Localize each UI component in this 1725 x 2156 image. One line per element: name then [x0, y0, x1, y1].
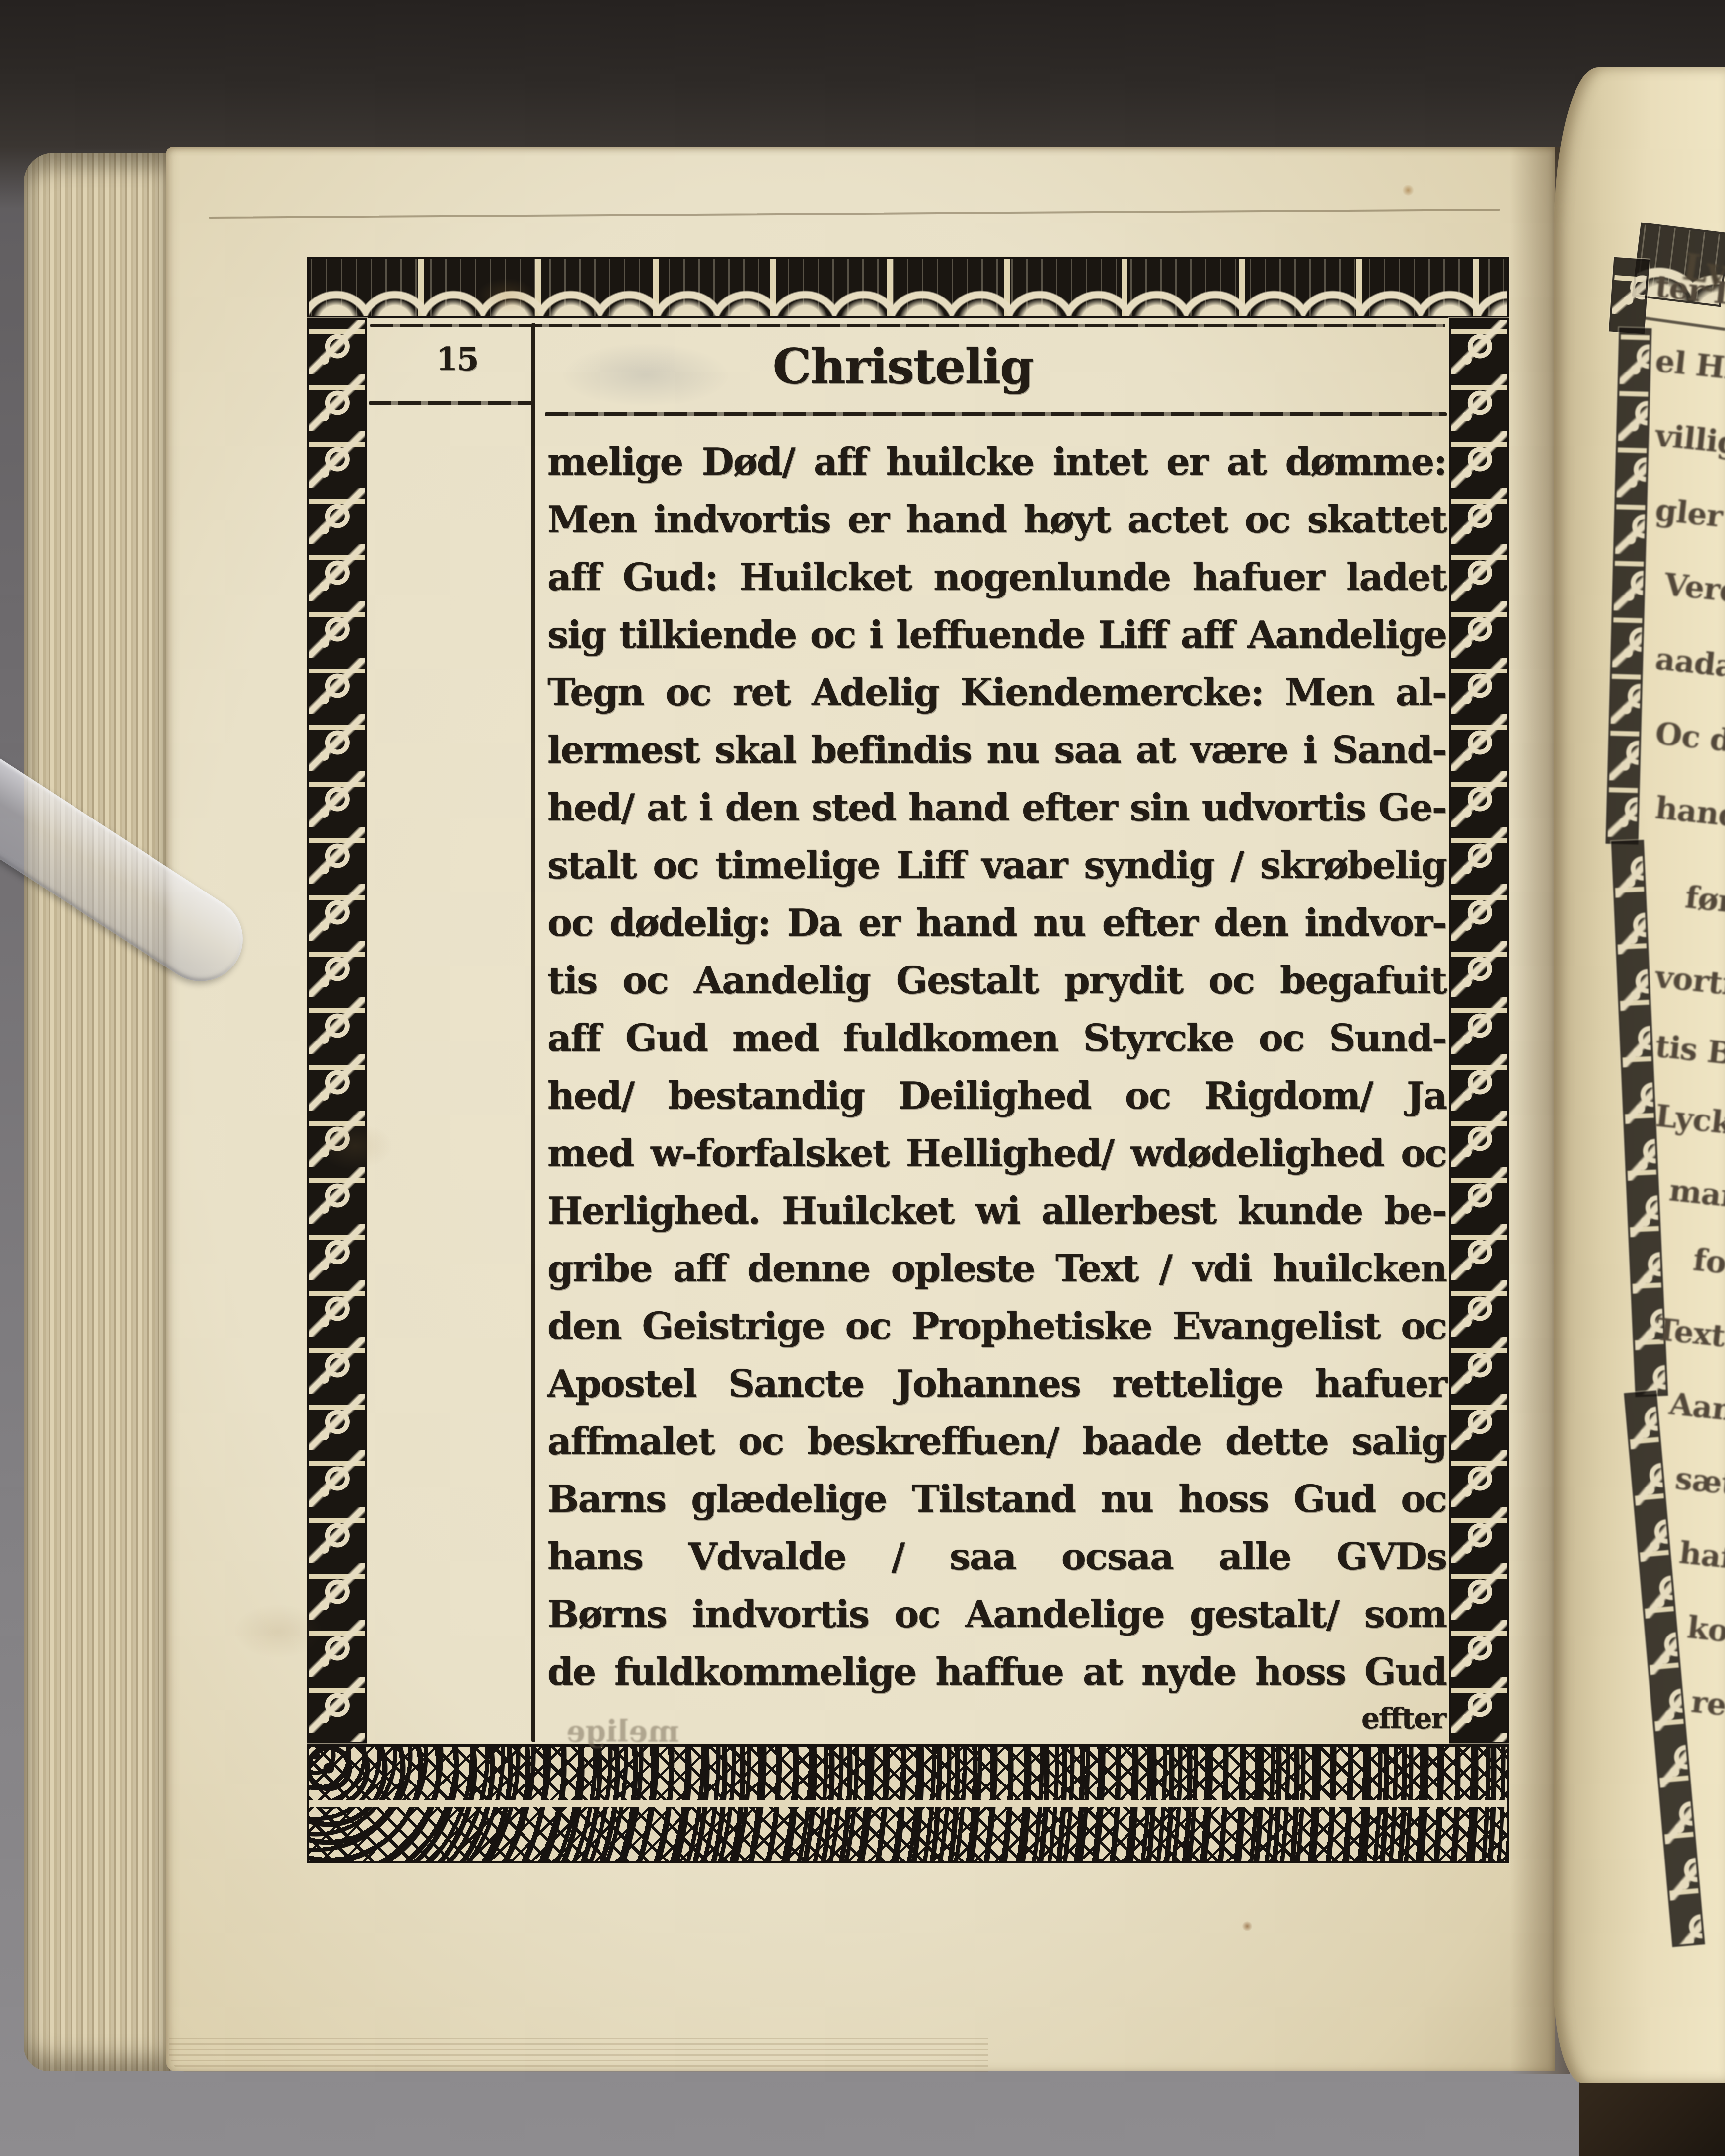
text-line: oc dødelig: Da er hand nu efter den indv…: [547, 894, 1446, 952]
text-line: Apostel Sancte Johannes rettelige hafuer: [547, 1355, 1446, 1413]
woodcut-border-right: [1449, 318, 1509, 1744]
text-line: stalt oc timelige Liff vaar syndig / skr…: [547, 836, 1446, 894]
text-line: Børns indvortis oc Aandelige gestalt/ so…: [547, 1585, 1446, 1643]
text-line: Tegn oc ret Adelig Kiendemercke: Men al-: [547, 664, 1446, 721]
text-line: Herlighed. Huilcket wi allerbest kunde b…: [547, 1182, 1446, 1240]
text-line: hans Vdvalde / saa ocsaa alle GVDs: [547, 1528, 1446, 1585]
next-page-border-corner: [1609, 257, 1650, 334]
paper-stain: [1402, 185, 1415, 196]
bottom-page-edges: [169, 2035, 988, 2072]
paper-stain: [477, 278, 536, 313]
running-title: Christelig: [452, 330, 1353, 409]
text-line: tis oc Aandelig Gestalt prydit oc begafu…: [547, 952, 1446, 1009]
text-line: med w-forfalsket Hellighed/ wdødelighed …: [547, 1124, 1446, 1182]
text-line: lermest skal befindis nu saa at være i S…: [547, 721, 1446, 779]
verso-showthrough-word: melige: [566, 1714, 679, 1749]
paper-stain: [233, 1604, 323, 1659]
text-line: sig tilkiende oc i leffuende Liff aff Aa…: [547, 606, 1446, 664]
text-line: aff Gud med fuldkomen Styrcke oc Sund-: [547, 1009, 1446, 1067]
text-line: Barns glædelige Tilstand nu hoss Gud oc: [547, 1470, 1446, 1528]
catchword: effter: [1167, 1702, 1445, 1735]
paper-stain: [1242, 1921, 1253, 1931]
woodcut-border-bottom: [307, 1744, 1509, 1863]
woodcut-border-left: [307, 318, 367, 1744]
text-line: den Geistrige oc Prophetiske Evangelist …: [547, 1297, 1446, 1355]
book-photograph: 15 Christelig melige Død/ aff huilcke in…: [0, 0, 1725, 2156]
text-line: de fuldkommelige haffue at nyde hoss Gud: [547, 1643, 1446, 1701]
margin-divider-rule: [531, 323, 535, 1742]
text-line: aff Gud: Huilcket nogenlunde hafuer lade…: [547, 548, 1446, 606]
text-line: hed/ bestandig Deilighed oc Rigdom/ Ja: [547, 1067, 1446, 1124]
text-line: hed/ at i den sted hand efter sin udvort…: [547, 779, 1446, 836]
paper-stain: [318, 1122, 392, 1170]
left-page-edges-stack: [24, 153, 171, 2071]
text-line: melige Død/ aff huilcke intet er at dømm…: [547, 433, 1446, 491]
text-line: gribe aff denne opleste Text / vdi huilc…: [547, 1240, 1446, 1297]
text-line: affmalet oc beskreffuen/ baade dette sal…: [547, 1413, 1446, 1470]
text-line: Men indvortis er hand høyt actet oc skat…: [547, 491, 1446, 548]
header-underline-rule: [545, 412, 1447, 416]
body-text-block: melige Død/ aff huilcke intet er at dømm…: [547, 433, 1446, 1701]
